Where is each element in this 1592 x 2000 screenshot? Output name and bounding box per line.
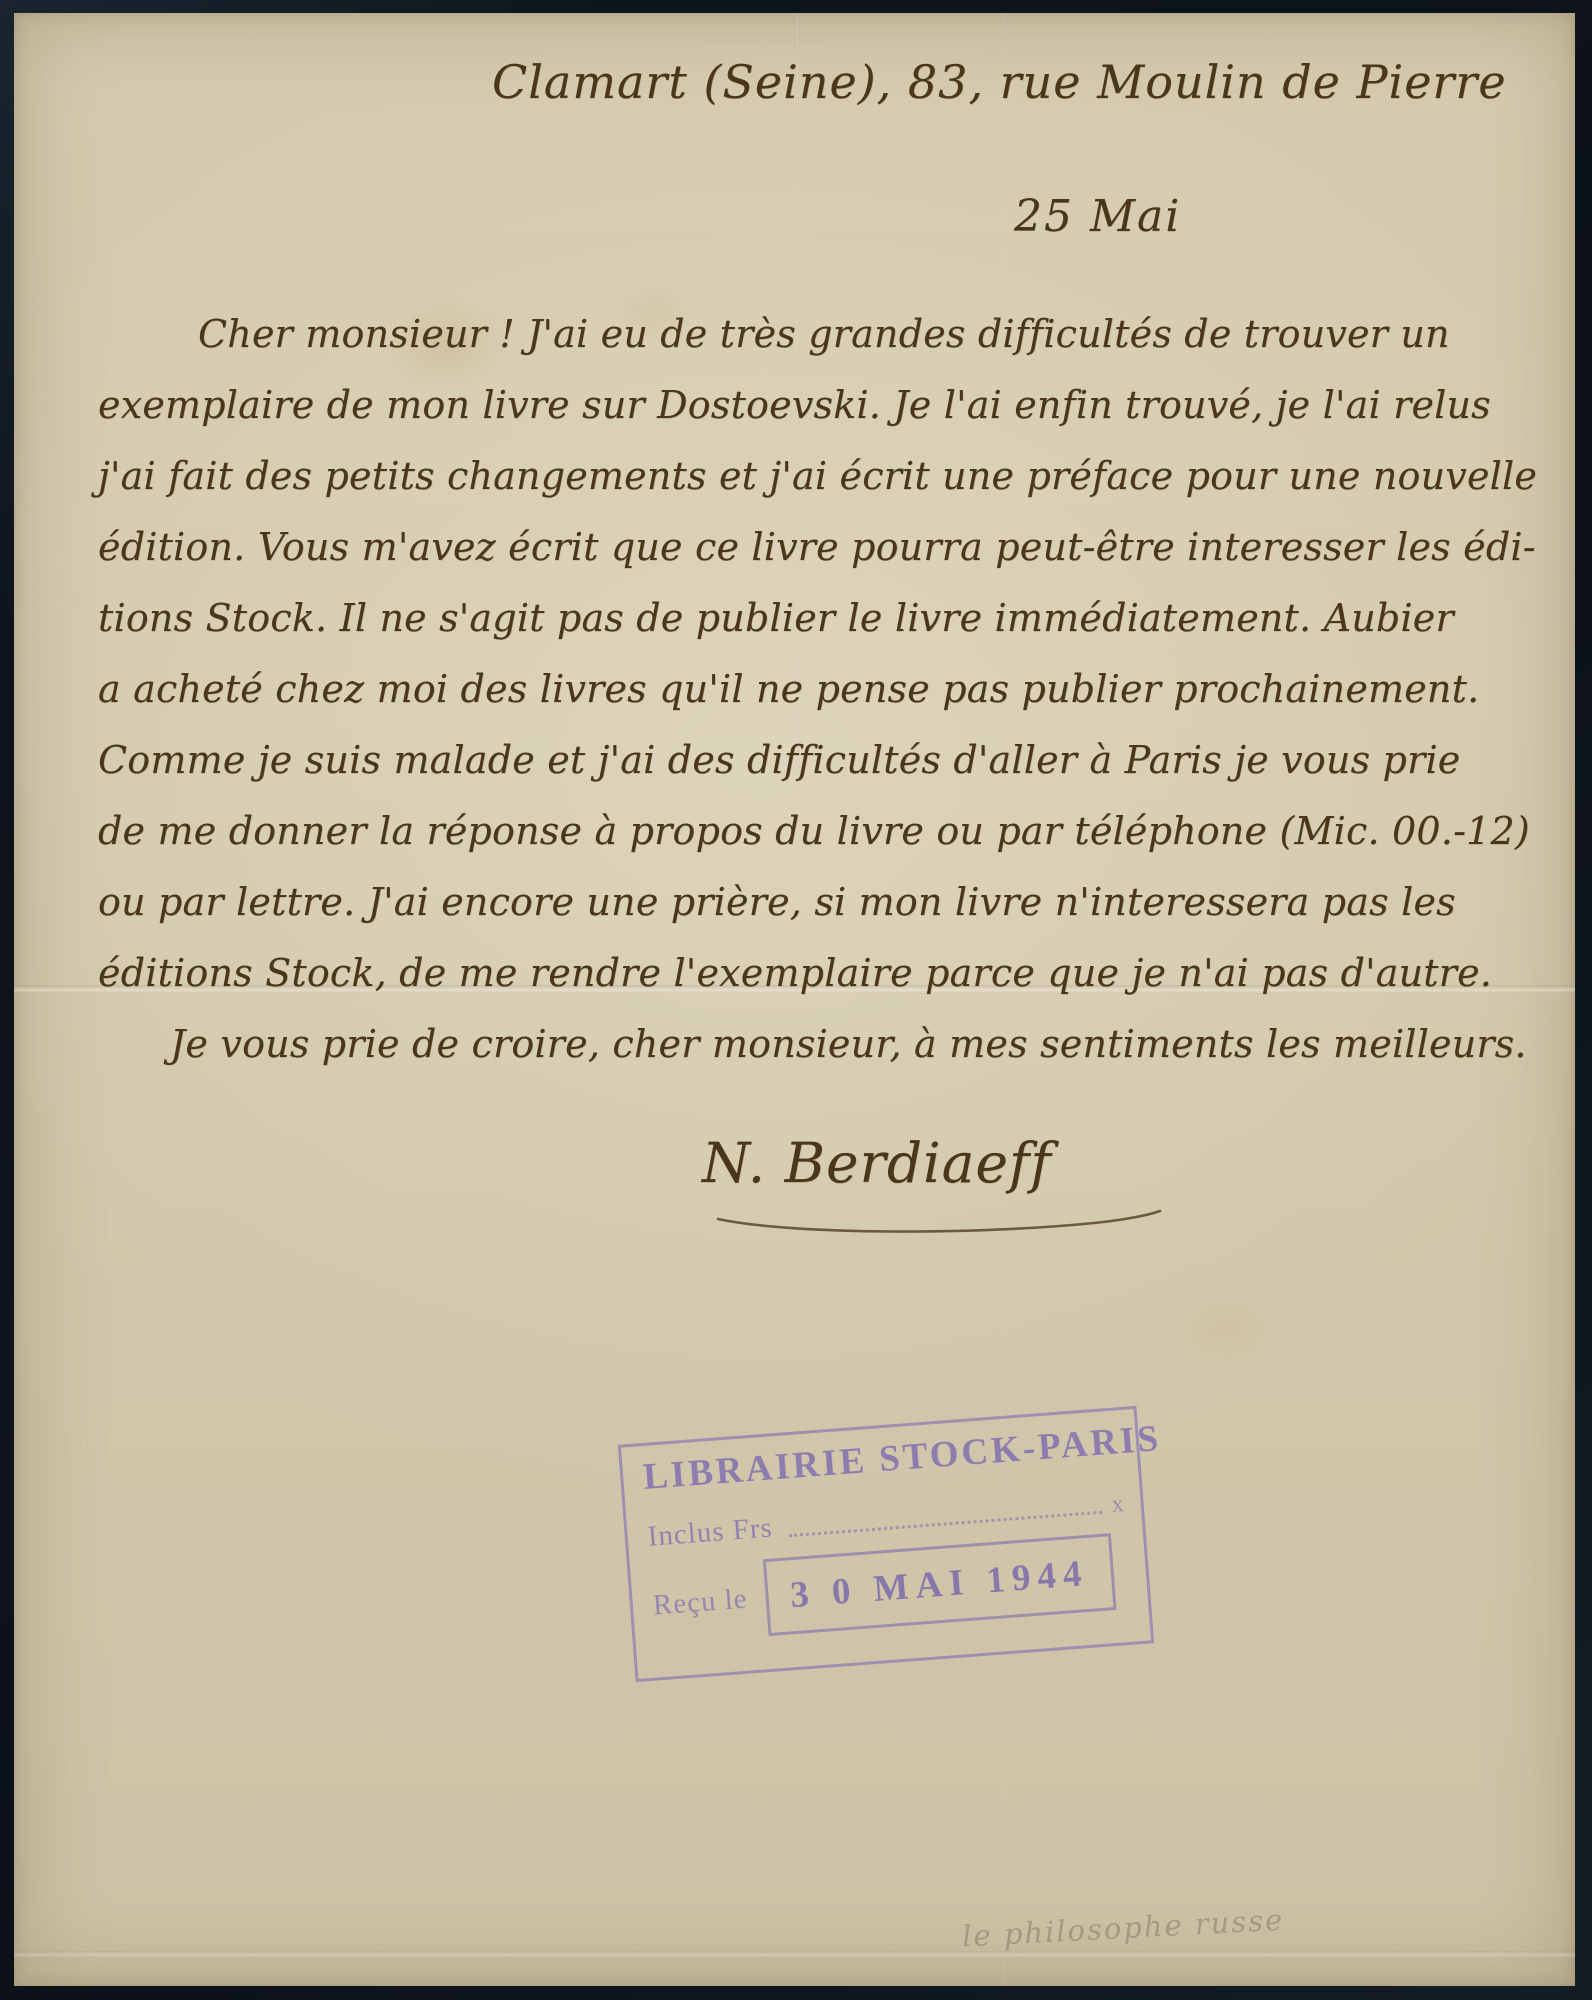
letter-line: de me donner la réponse à propos du livr…	[98, 796, 1558, 867]
stamp-date-box: 3 0 MAI 1944	[763, 1533, 1117, 1636]
letter-line: j'ai fait des petits changements et j'ai…	[98, 441, 1558, 512]
stamp-recu-label: Reçu le	[652, 1583, 749, 1623]
letter-body: Cher monsieur ! J'ai eu de très grandes …	[98, 299, 1558, 1080]
horizontal-fold-crease-bottom	[14, 1951, 1575, 1958]
letter-line: édition. Vous m'avez écrit que ce livre …	[98, 512, 1558, 583]
letter-paper: Clamart (Seine), 83, rue Moulin de Pierr…	[14, 13, 1575, 1986]
letter-line: a acheté chez moi des livres qu'il ne pe…	[98, 654, 1558, 725]
letter-date: 25 Mai	[1014, 191, 1181, 242]
letter-line: éditions Stock, de me rendre l'exemplair…	[98, 938, 1558, 1009]
letter-line: tions Stock. Il ne s'agit pas de publier…	[98, 583, 1558, 654]
stamp-dotted-leader	[789, 1511, 1102, 1538]
stamp-inclus-mark: x	[1111, 1491, 1126, 1519]
stamp-inclus-label: Inclus Frs	[647, 1511, 774, 1553]
signature: N. Berdiaeff	[702, 1131, 1052, 1195]
stamp-recu-row: Reçu le 3 0 MAI 1944	[650, 1532, 1132, 1645]
signature-flourish	[714, 1205, 1164, 1239]
letter-line: exemplaire de mon livre sur Dostoevski. …	[98, 370, 1558, 441]
stamp-title: LIBRAIRIE STOCK-PARIS	[642, 1420, 1122, 1499]
librairie-stock-stamp: LIBRAIRIE STOCK-PARIS Inclus Frs x Reçu …	[618, 1406, 1154, 1682]
letter-line: ou par lettre. J'ai encore une prière, s…	[98, 867, 1558, 938]
pencil-note: le philosophe russe	[961, 1903, 1285, 1954]
sender-address: Clamart (Seine), 83, rue Moulin de Pierr…	[492, 55, 1507, 109]
letter-line: Cher monsieur ! J'ai eu de très grandes …	[98, 299, 1558, 370]
letter-line: Comme je suis malade et j'ai des difficu…	[98, 725, 1558, 796]
letter-line: Je vous prie de croire, cher monsieur, à…	[98, 1009, 1558, 1080]
